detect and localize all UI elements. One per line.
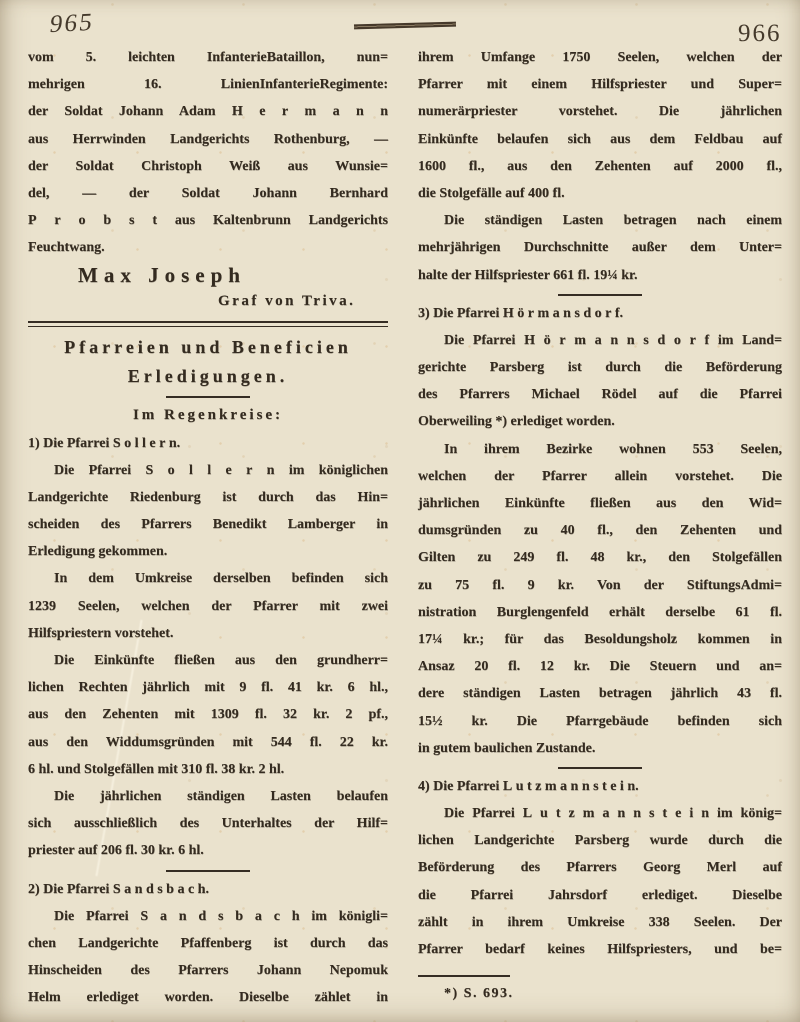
paragraph: In ihrem Bezirke wohnen 553 Seelen,welch…: [418, 436, 782, 762]
text-line: Die Pfarrei S o l l e r n im königlichen: [28, 457, 388, 484]
paragraph: Die Pfarrei H ö r m a n n s d o r f im L…: [418, 327, 782, 436]
separator-rule: [166, 396, 250, 398]
entry-title: 2) Die Pfarrei S a n d s b a c h.: [28, 877, 388, 903]
column-left-965: vom 5. leichten InfanterieBataillon, nun…: [28, 44, 388, 1011]
text-line: Feuchtwang.: [28, 234, 388, 261]
text-line: zählt in ihrem Umkreise 338 Seelen. Der: [418, 909, 782, 936]
text-line: aus den Widdumsgründen mit 544 fl. 22 kr…: [28, 729, 388, 756]
entry-title: 1) Die Pfarrei S o l l e r n.: [28, 431, 388, 457]
text-line: del, — der Soldat Johann Bernhard: [28, 180, 388, 207]
paragraph: ihrem Umfange 1750 Seelen, welchen derPf…: [418, 44, 782, 207]
separator-rule: [166, 870, 250, 872]
text-line: priester auf 206 fl. 30 kr. 6 hl.: [28, 837, 388, 864]
entry-title: 3) Die Pfarrei H ö r m a n s d o r f.: [418, 301, 782, 327]
text-line: gerichte Parsberg ist durch die Beförder…: [418, 354, 782, 381]
text-line: dumsgründen zu 40 fl., den Zehenten und: [418, 517, 782, 544]
text-line: jährlichen Einkünfte fließen aus den Wid…: [418, 490, 782, 517]
paragraph: In dem Umkreise derselben befinden sich1…: [28, 565, 388, 647]
scanned-gazette-page: 965 966 vom 5. leichten InfanterieBatail…: [0, 0, 800, 1022]
two-column-text-area: vom 5. leichten InfanterieBataillon, nun…: [28, 44, 782, 1011]
text-line: halte der Hilfspriester 661 fl. 19¼ kr.: [418, 262, 782, 289]
entry-title: 4) Die Pfarrei L u t z m a n n s t e i n…: [418, 774, 782, 800]
text-line: scheiden des Pfarrers Benedikt Lamberger…: [28, 511, 388, 538]
top-center-rule: [354, 22, 456, 30]
text-line: lichen Landgerichte Parsberg wurde durch…: [418, 827, 782, 854]
paragraph: Die Pfarrei S o l l e r n im königlichen…: [28, 457, 388, 566]
text-line: Gilten zu 249 fl. 48 kr., den Stolgefäll…: [418, 544, 782, 571]
text-line: numerärpriester vorstehet. Die jährliche…: [418, 98, 782, 125]
text-line: die Pfarrei Jahrsdorf erlediget. Dieselb…: [418, 882, 782, 909]
page-number-left: 965: [48, 9, 95, 39]
text-line: Landgerichte Riedenburg ist durch das Hi…: [28, 484, 388, 511]
text-line: 15½ kr. Die Pfarrgebäude befinden sich: [418, 708, 782, 735]
text-line: der Soldat Johann Adam H e r m a n n: [28, 98, 388, 125]
text-line: Oberweiling *) erlediget worden.: [418, 408, 782, 435]
text-line: Die Pfarrei L u t z m a n n s t e i n im…: [418, 800, 782, 827]
text-line: Die Einkünfte fließen aus den grundherr=: [28, 647, 388, 674]
text-line: dere ständigen Lasten betragen jährlich …: [418, 680, 782, 707]
text-line: Ansaz 20 fl. 12 kr. Die Steuern und an=: [418, 653, 782, 680]
paragraph: Die Pfarrei S a n d s b a c h im königli…: [28, 903, 388, 1012]
text-line: Hinscheiden des Pfarrers Johann Nepomuk: [28, 957, 388, 984]
text-line: sich ausschließlich des Unterhaltes der …: [28, 810, 388, 837]
text-line: P r o b s t aus Kaltenbrunn Landgerichts: [28, 207, 388, 234]
text-line: in gutem baulichen Zustande.: [418, 735, 782, 762]
separator-rule: [558, 767, 642, 769]
text-line: Einkünfte belaufen sich aus dem Feldbau …: [418, 126, 782, 153]
text-line: welchen der Pfarrer allein vorstehet. Di…: [418, 463, 782, 490]
paragraph: Die ständigen Lasten betragen nach einem…: [418, 207, 782, 289]
text-line: mehrigen 16. LinienInfanterieRegimente:: [28, 71, 388, 98]
text-line: Pfarrer bedarf keines Hilfspriesters, un…: [418, 936, 782, 963]
paragraph: Die jährlichen ständigen Lasten belaufen…: [28, 783, 388, 865]
text-line: Hilfspriestern vorstehet.: [28, 620, 388, 647]
text-line: 1600 fl., aus den Zehenten auf 2000 fl.,: [418, 153, 782, 180]
text-line: 17¼ kr.; für das Besoldungsholz kommen i…: [418, 626, 782, 653]
text-line: des Pfarrers Michael Rödel auf die Pfarr…: [418, 381, 782, 408]
text-line: aus Herrwinden Landgerichts Rothenburg, …: [28, 126, 388, 153]
text-line: Die ständigen Lasten betragen nach einem: [418, 207, 782, 234]
text-line: ihrem Umfange 1750 Seelen, welchen der: [418, 44, 782, 71]
text-line: 1239 Seelen, welchen der Pfarrer mit zwe…: [28, 593, 388, 620]
section-heading: Pfarreien und BeneficienErledigungen.: [28, 333, 388, 391]
paragraph: Die Pfarrei L u t z m a n n s t e i n im…: [418, 800, 782, 963]
paragraph: Die Einkünfte fließen aus den grundherr=…: [28, 647, 388, 783]
text-line: aus den Zehenten mit 1309 fl. 32 kr. 2 p…: [28, 701, 388, 728]
text-line: zu 75 fl. 9 kr. Von der StiftungsAdmi=: [418, 572, 782, 599]
text-line: vom 5. leichten InfanterieBataillon, nun…: [28, 44, 388, 71]
sig-title: Graf von Triva.: [28, 289, 388, 314]
text-line: Erledigung gekommen.: [28, 538, 388, 565]
text-line: mehrjährigen Durchschnitte außer dem Unt…: [418, 234, 782, 261]
text-line: lichen Rechten jährlich mit 9 fl. 41 kr.…: [28, 674, 388, 701]
paragraph: vom 5. leichten InfanterieBataillon, nun…: [28, 44, 388, 262]
sig-name: Max Joseph: [28, 262, 388, 289]
text-line: nistration Burglengenfeld erhält derselb…: [418, 599, 782, 626]
text-line: Beförderung des Pfarrers Georg Merl auf: [418, 854, 782, 881]
text-line: In ihrem Bezirke wohnen 553 Seelen,: [418, 436, 782, 463]
separator-rule: [558, 294, 642, 296]
text-line: Die Pfarrei S a n d s b a c h im königli…: [28, 903, 388, 930]
text-line: Pfarrer mit einem Hilfspriester und Supe…: [418, 71, 782, 98]
text-line: der Soldat Christoph Weiß aus Wunsie=: [28, 153, 388, 180]
footnote-rule: [418, 975, 510, 977]
text-line: In dem Umkreise derselben befinden sich: [28, 565, 388, 592]
column-right-966: ihrem Umfange 1750 Seelen, welchen derPf…: [418, 44, 782, 1011]
footnote: *) S. 693.: [418, 981, 782, 1006]
double-rule: [28, 321, 388, 327]
text-line: 6 hl. und Stolgefällen mit 310 fl. 38 kr…: [28, 756, 388, 783]
text-line: Die Pfarrei H ö r m a n n s d o r f im L…: [418, 327, 782, 354]
section-heading-line: Pfarreien und Beneficien: [28, 333, 388, 362]
text-line: Helm erlediget worden. Dieselbe zählet i…: [28, 984, 388, 1011]
subheading: Im Regenkreise:: [28, 403, 388, 428]
text-line: Die jährlichen ständigen Lasten belaufen: [28, 783, 388, 810]
text-line: die Stolgefälle auf 400 fl.: [418, 180, 782, 207]
section-heading-line: Erledigungen.: [28, 362, 388, 391]
text-line: chen Landgerichte Pfaffenberg ist durch …: [28, 930, 388, 957]
